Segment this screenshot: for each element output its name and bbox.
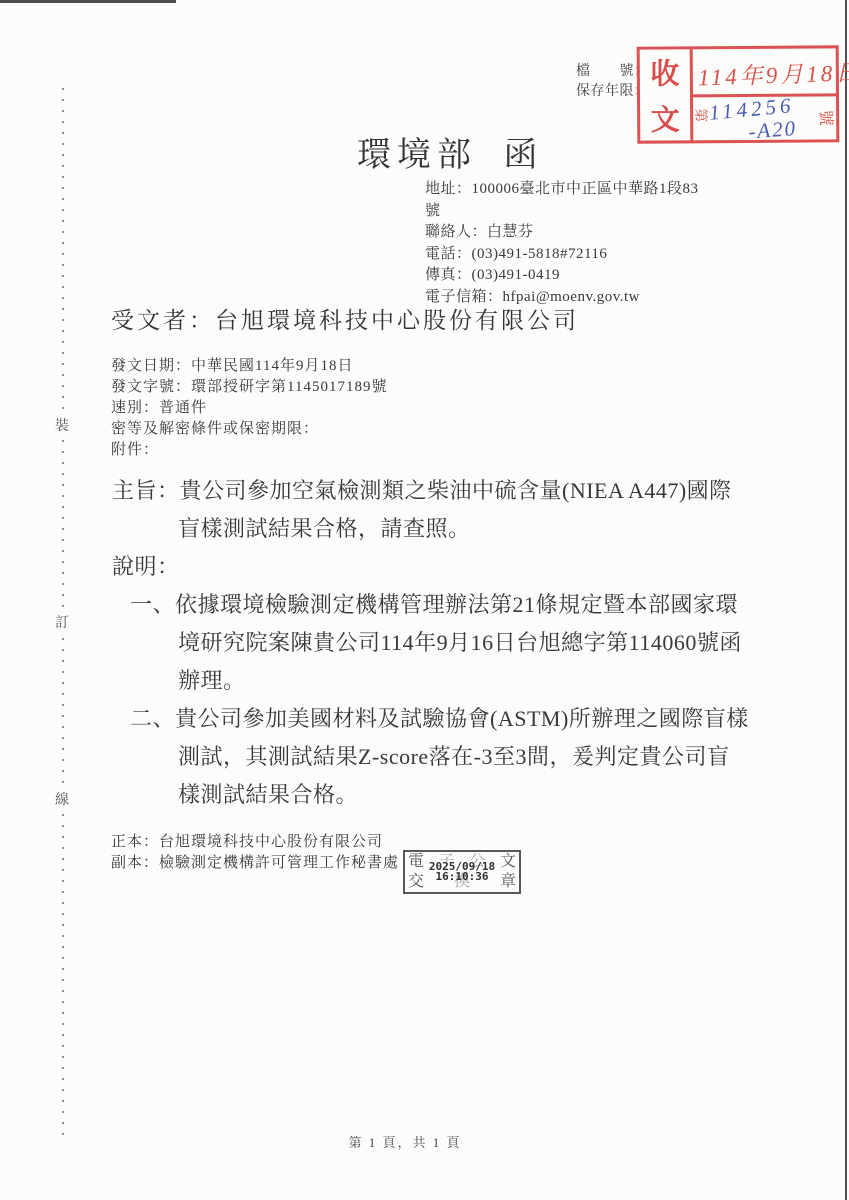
received-stamp-right: 114年9月18日 第 114256 -A20 號	[693, 48, 837, 140]
contact-person-line: 聯絡人：白慧芬	[425, 222, 699, 244]
subject-line-2: 盲樣測試結果合格，請查照。	[178, 510, 772, 548]
letter-body: 主旨：貴公司參加空氣檢測類之柴油中硫含量(NIEA A447)國際 盲樣測試結果…	[112, 472, 772, 814]
fax-line: 傳真：(03)491-0419	[425, 265, 699, 287]
received-stamp-date-cell: 114年9月18日	[693, 48, 836, 97]
explanation-item1-line1: 一、依據環境檢驗測定機構管理辦法第21條規定暨本部國家環	[130, 586, 772, 624]
explanation-item1-line2: 境研究院案陳貴公司114年9月16日台旭總字第114060號函	[178, 624, 772, 662]
explanation-item1-line3: 辦理。	[178, 662, 772, 700]
number-suffix-hao: 號	[816, 110, 839, 126]
sender-contact-block: 地址：100006臺北市中正區中華路1段83 號 聯絡人：白慧芬 電話：(03)…	[425, 179, 699, 308]
priority-line: 速別：普通件	[111, 398, 387, 419]
received-stamp: 收 文 114年9月18日 第 114256 -A20 號	[637, 45, 840, 143]
received-stamp-shouwen: 收 文	[640, 49, 694, 140]
document-meta-block: 發文日期：中華民國114年9月18日 發文字號：環部授研字第1145017189…	[111, 356, 387, 461]
recipient-line: 受文者：台旭環境科技中心股份有限公司	[111, 302, 579, 335]
classification-line: 密等及解密條件或保密期限：	[111, 419, 387, 440]
address-line: 地址：100006臺北市中正區中華路1段83	[425, 179, 699, 201]
electronic-exchange-stamp: 電 子 公 文 交 換 章 2025/09/18 16:10:36	[403, 850, 521, 894]
subject-line-1: 主旨：貴公司參加空氣檢測類之柴油中硫含量(NIEA A447)國際	[112, 472, 772, 510]
explanation-heading: 說明：	[112, 548, 772, 586]
address-line-wrap: 號	[425, 201, 699, 223]
cc-copy-line: 副本：檢驗測定機構許可管理工作秘書處	[111, 853, 399, 874]
exchange-stamp-time: 16:10:36	[436, 872, 489, 882]
scan-artifact-right-edge	[845, 0, 847, 1200]
received-stamp-number-cell: 第 114256 -A20 號	[693, 96, 836, 140]
issue-date-line: 發文日期：中華民國114年9月18日	[111, 356, 387, 377]
received-stamp-wen: 文	[651, 97, 680, 138]
binding-mark-xian: 線	[55, 792, 69, 810]
scanned-official-letter: 裝 訂 線 檔 號： 保存年限： 收 文 114年9月18日 第 114256 …	[0, 0, 849, 1200]
exchange-stamp-timestamp: 2025/09/18 16:10:36	[405, 852, 519, 892]
scan-artifact-top-edge	[0, 0, 176, 3]
issue-number-line: 發文字號：環部授研字第1145017189號	[111, 377, 387, 398]
binding-dotted-line	[62, 88, 64, 1136]
binding-mark-ding: 訂	[55, 615, 69, 633]
phone-line: 電話：(03)491-5818#72116	[425, 244, 699, 266]
copies-block: 正本：台旭環境科技中心股份有限公司 副本：檢驗測定機構許可管理工作秘書處	[111, 832, 399, 874]
binding-mark-zhuang: 裝	[55, 418, 69, 436]
received-stamp-shou: 收	[650, 52, 679, 93]
handwritten-receive-date: 114年9月18日	[697, 54, 849, 92]
explanation-item2-line1: 二、貴公司參加美國材料及試驗協會(ASTM)所辦理之國際盲樣	[130, 700, 772, 738]
explanation-item2-line3: 樣測試結果合格。	[178, 776, 772, 814]
explanation-item2-line2: 測試，其測試結果Z-score落在-3至3間，爰判定貴公司盲	[178, 738, 772, 776]
handwritten-receive-number-suffix: -A20	[747, 116, 798, 145]
document-title: 環境部 函	[357, 127, 544, 176]
attachment-line: 附件：	[111, 440, 387, 461]
original-copy-line: 正本：台旭環境科技中心股份有限公司	[111, 832, 399, 853]
page-footer: 第 1 頁，共 1 頁	[0, 1132, 810, 1151]
